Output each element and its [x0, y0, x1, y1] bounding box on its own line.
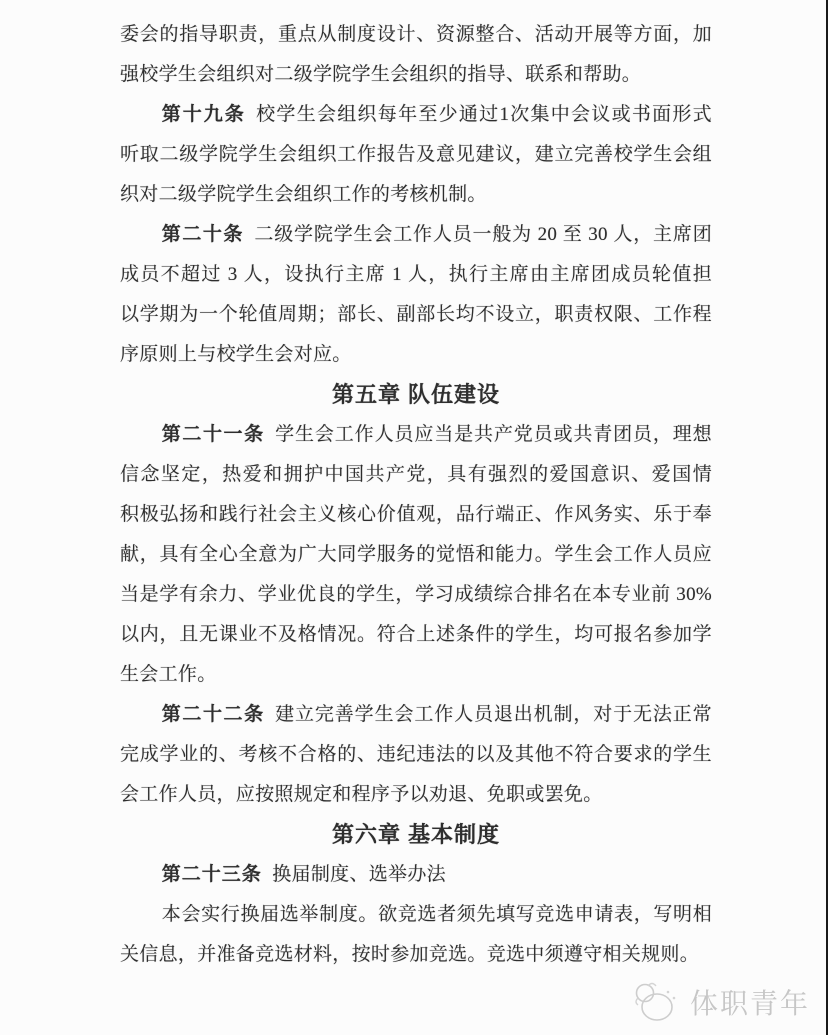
- text-line: 积极弘扬和践行社会主义核心价值观，品行端正、作风务实、乐于奉: [120, 495, 712, 535]
- line-text: 校学生会组织每年至少通过1次集中会议或书面形式: [256, 104, 712, 125]
- article-number: 第二十二条: [162, 704, 265, 725]
- article-number: 第二十条: [162, 224, 244, 245]
- line-text: 二级学院学生会工作人员一般为 20 至 30 人，主席团: [254, 224, 712, 245]
- chapter-heading: 第五章 队伍建设: [120, 375, 712, 415]
- text-line: 当是学有余力、学业优良的学生，学习成绩综合排名在本专业前 30%: [120, 575, 712, 615]
- text-line: 信念坚定，热爱和拥护中国共产党，具有强烈的爱国意识、爱国情感，: [120, 455, 712, 495]
- text-line: 献，具有全心全意为广大同学服务的觉悟和能力。学生会工作人员应: [120, 535, 712, 575]
- watermark: 体职青年: [628, 978, 810, 1026]
- text-line: 生会工作。: [120, 655, 712, 695]
- document-page: 委会的指导职责，重点从制度设计、资源整合、活动开展等方面，加 强校学生会组织对二…: [0, 0, 828, 1035]
- text-line: 织对二级学院学生会组织工作的考核机制。: [120, 175, 712, 215]
- paragraph-start-line: 本会实行换届选举制度。欲竞选者须先填写竞选申请表，写明相: [120, 895, 712, 935]
- text-line: 序原则上与校学生会对应。: [120, 335, 712, 375]
- panda-doodle-icon: [628, 978, 682, 1026]
- watermark-label: 体职青年: [690, 982, 810, 1022]
- line-text: 建立完善学生会工作人员退出机制，对于无法正常: [275, 704, 712, 725]
- text-line: 以学期为一个轮值周期；部长、副部长均不设立，职责权限、工作程: [120, 295, 712, 335]
- paragraph-start-line: 第二十三条换届制度、选举办法: [120, 855, 712, 895]
- article-number: 第二十一条: [162, 424, 265, 445]
- text-line: 完成学业的、考核不合格的、违纪违法的以及其他不符合要求的学生: [120, 735, 712, 775]
- paragraph-start-line: 第十九条校学生会组织每年至少通过1次集中会议或书面形式: [120, 95, 712, 135]
- line-text: 学生会工作人员应当是共产党员或共青团员，理想: [275, 424, 712, 445]
- article-number: 第二十三条: [162, 864, 262, 885]
- paragraph-start-line: 第二十二条建立完善学生会工作人员退出机制，对于无法正常: [120, 695, 712, 735]
- text-line: 关信息，并准备竞选材料，按时参加竞选。竞选中须遵守相关规则。: [120, 935, 712, 975]
- line-text: 换届制度、选举办法: [272, 864, 446, 885]
- text-line: 委会的指导职责，重点从制度设计、资源整合、活动开展等方面，加: [120, 15, 712, 55]
- text-line: 以内，且无课业不及格情况。符合上述条件的学生，均可报名参加学: [120, 615, 712, 655]
- article-number: 第十九条: [162, 104, 246, 125]
- text-line: 会工作人员，应按照规定和程序予以劝退、免职或罢免。: [120, 775, 712, 815]
- paragraph-start-line: 第二十一条学生会工作人员应当是共产党员或共青团员，理想: [120, 415, 712, 455]
- chapter-heading: 第六章 基本制度: [120, 815, 712, 855]
- document-text-column: 委会的指导职责，重点从制度设计、资源整合、活动开展等方面，加 强校学生会组织对二…: [120, 15, 712, 975]
- text-line: 成员不超过 3 人，设执行主席 1 人，执行主席由主席团成员轮值担任，: [120, 255, 712, 295]
- text-line: 听取二级学院学生会组织工作报告及意见建议，建立完善校学生会组: [120, 135, 712, 175]
- text-line: 强校学生会组织对二级学院学生会组织的指导、联系和帮助。: [120, 55, 712, 95]
- paragraph-start-line: 第二十条二级学院学生会工作人员一般为 20 至 30 人，主席团: [120, 215, 712, 255]
